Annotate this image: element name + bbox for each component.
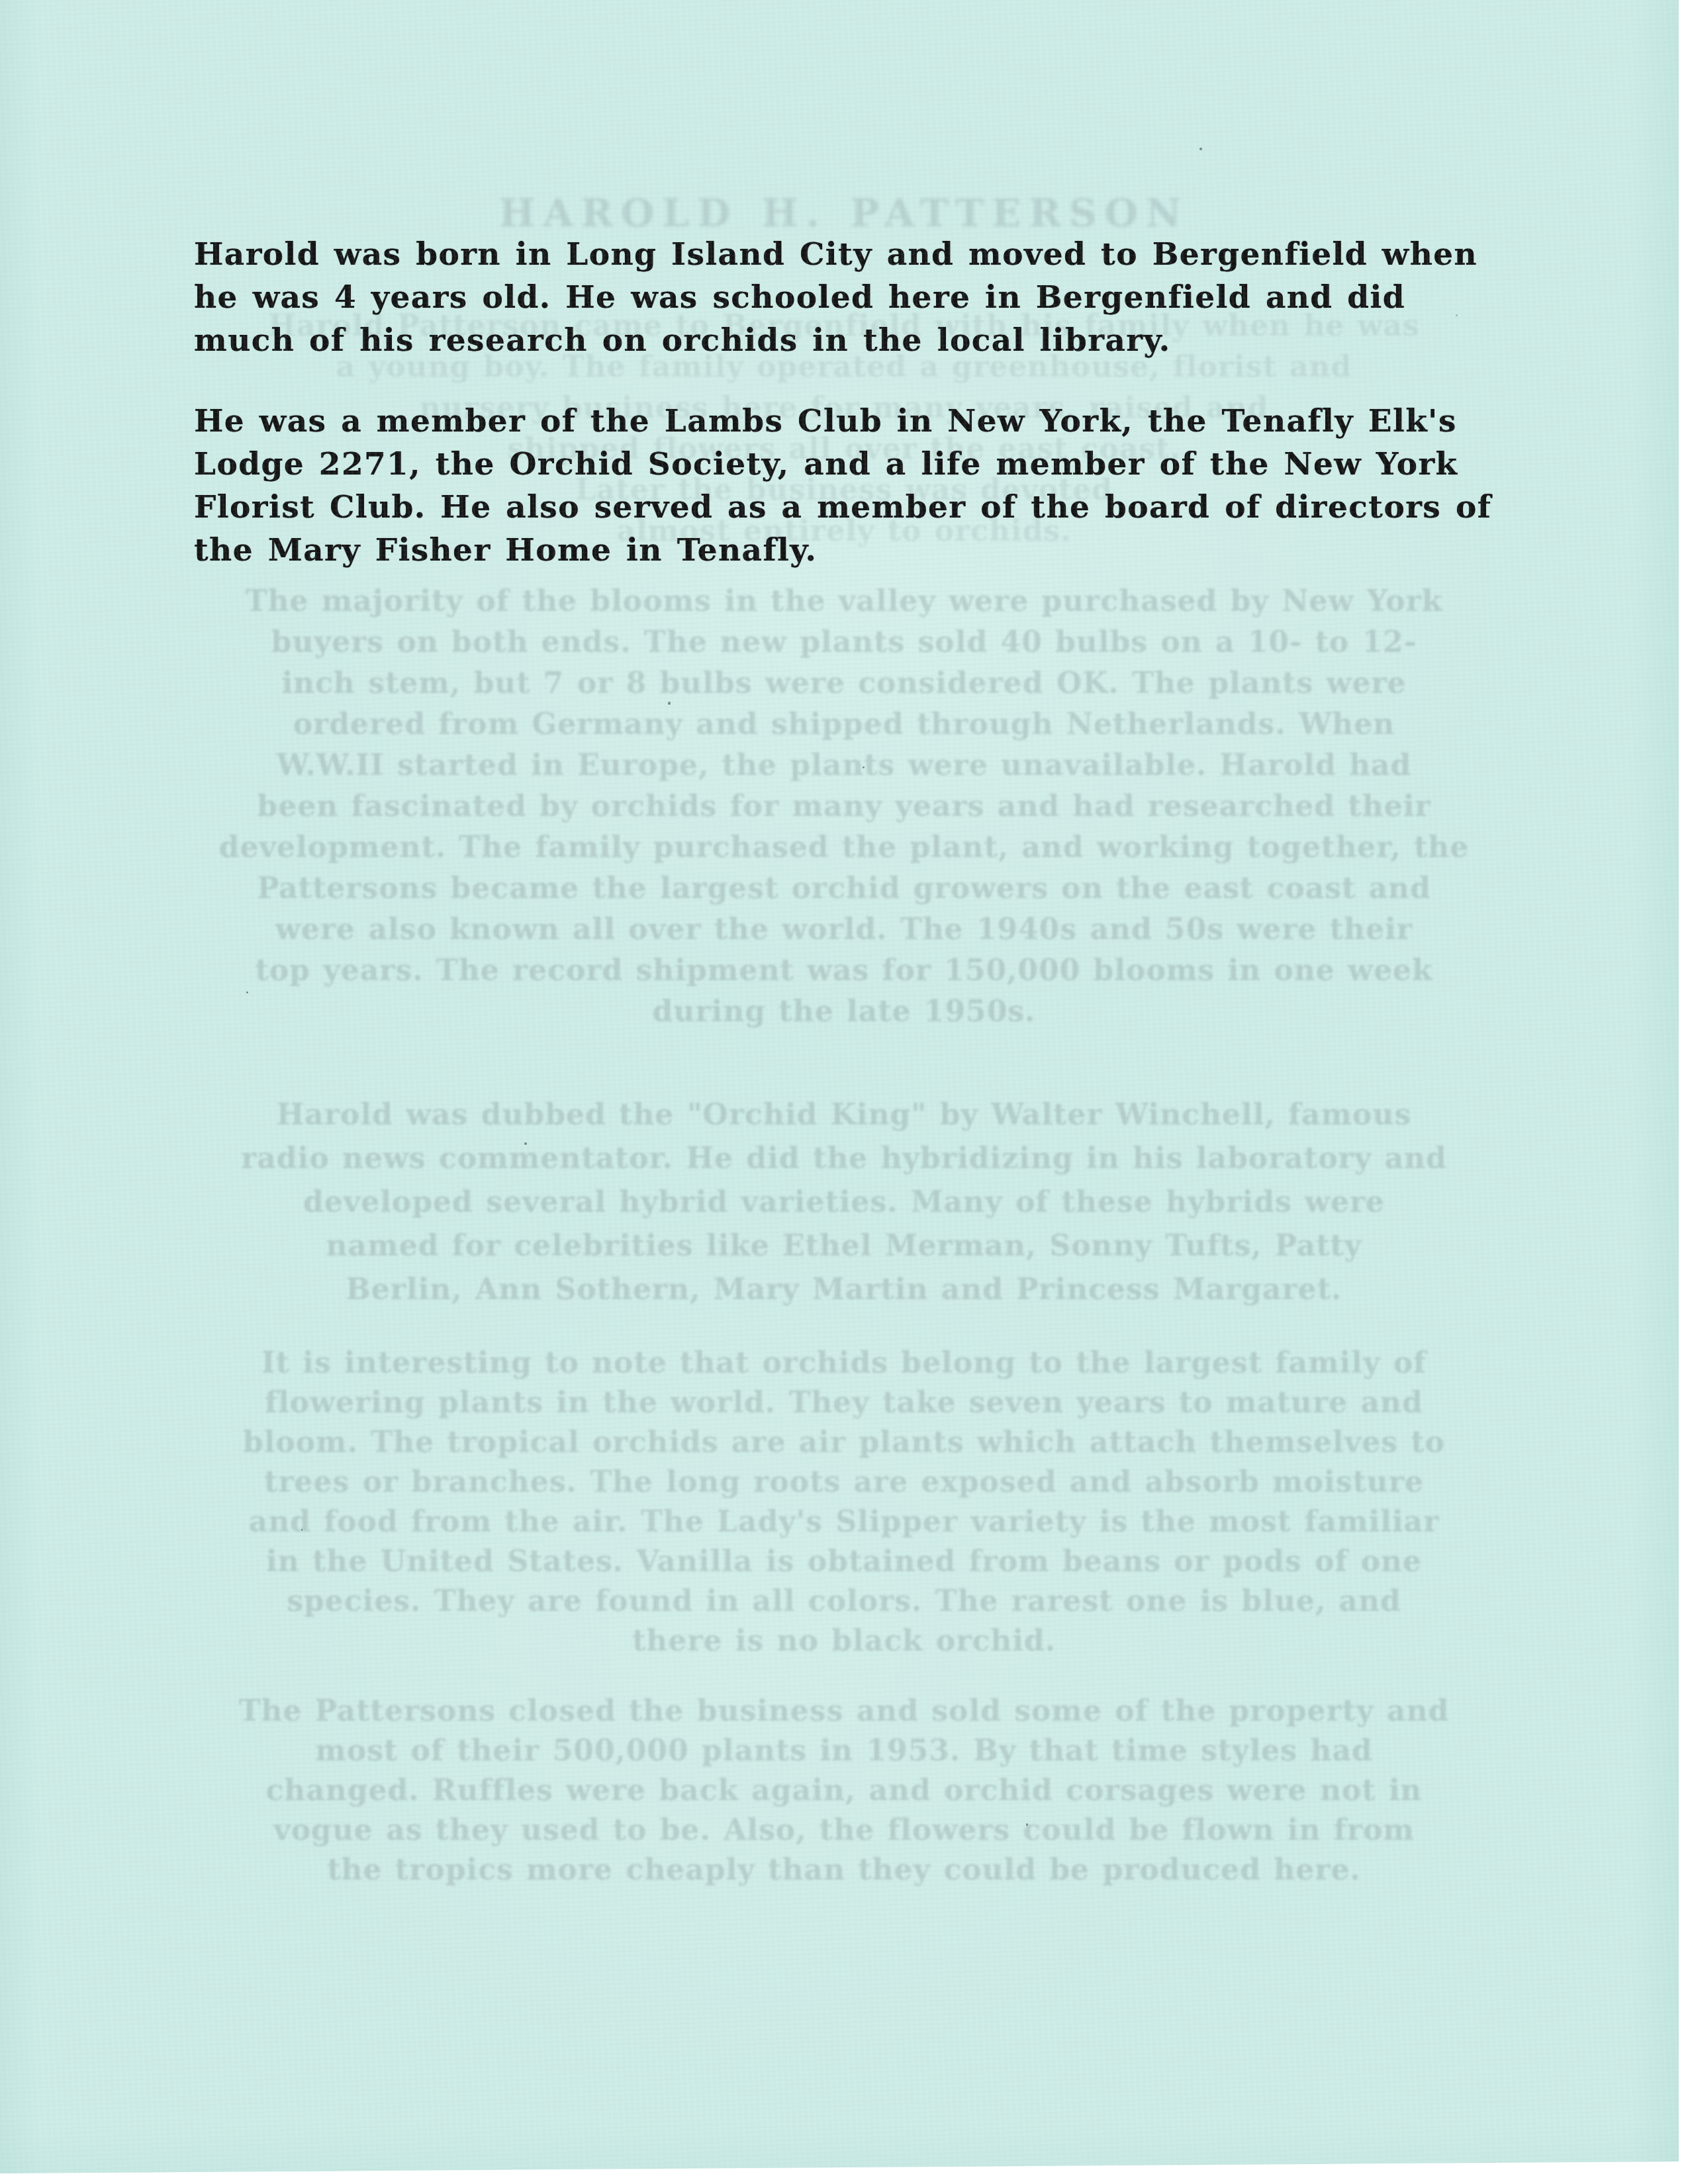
scan-speck: [301, 1529, 303, 1531]
scan-speck: [863, 766, 865, 768]
scan-speck: [246, 991, 248, 993]
bio-paragraph: Harold was born in Long Island City and …: [194, 233, 1544, 362]
paper-sheet: HAROLD H. PATTERSON Harold Patterson cam…: [0, 0, 1679, 2184]
scan-speck: [668, 702, 671, 705]
bleedthrough-paragraph-5: The Pattersons closed the business and s…: [109, 1692, 1579, 1890]
bleedthrough-paragraph-3: Harold was dubbed the "Orchid King" by W…: [109, 1093, 1579, 1312]
scan-speck: [1026, 1823, 1028, 1826]
scanned-page: HAROLD H. PATTERSON Harold Patterson cam…: [0, 0, 1688, 2184]
scan-speck: [1199, 148, 1202, 150]
bleedthrough-paragraph-4: It is interesting to note that orchids b…: [109, 1343, 1579, 1661]
scan-speck: [1456, 314, 1458, 316]
memberships-paragraph: He was a member of the Lambs Club in New…: [194, 400, 1544, 572]
scan-speck: [524, 1142, 527, 1145]
bleedthrough-title: HAROLD H. PATTERSON: [109, 191, 1579, 236]
bleedthrough-paragraph-2: The majority of the blooms in the valley…: [109, 581, 1579, 1032]
